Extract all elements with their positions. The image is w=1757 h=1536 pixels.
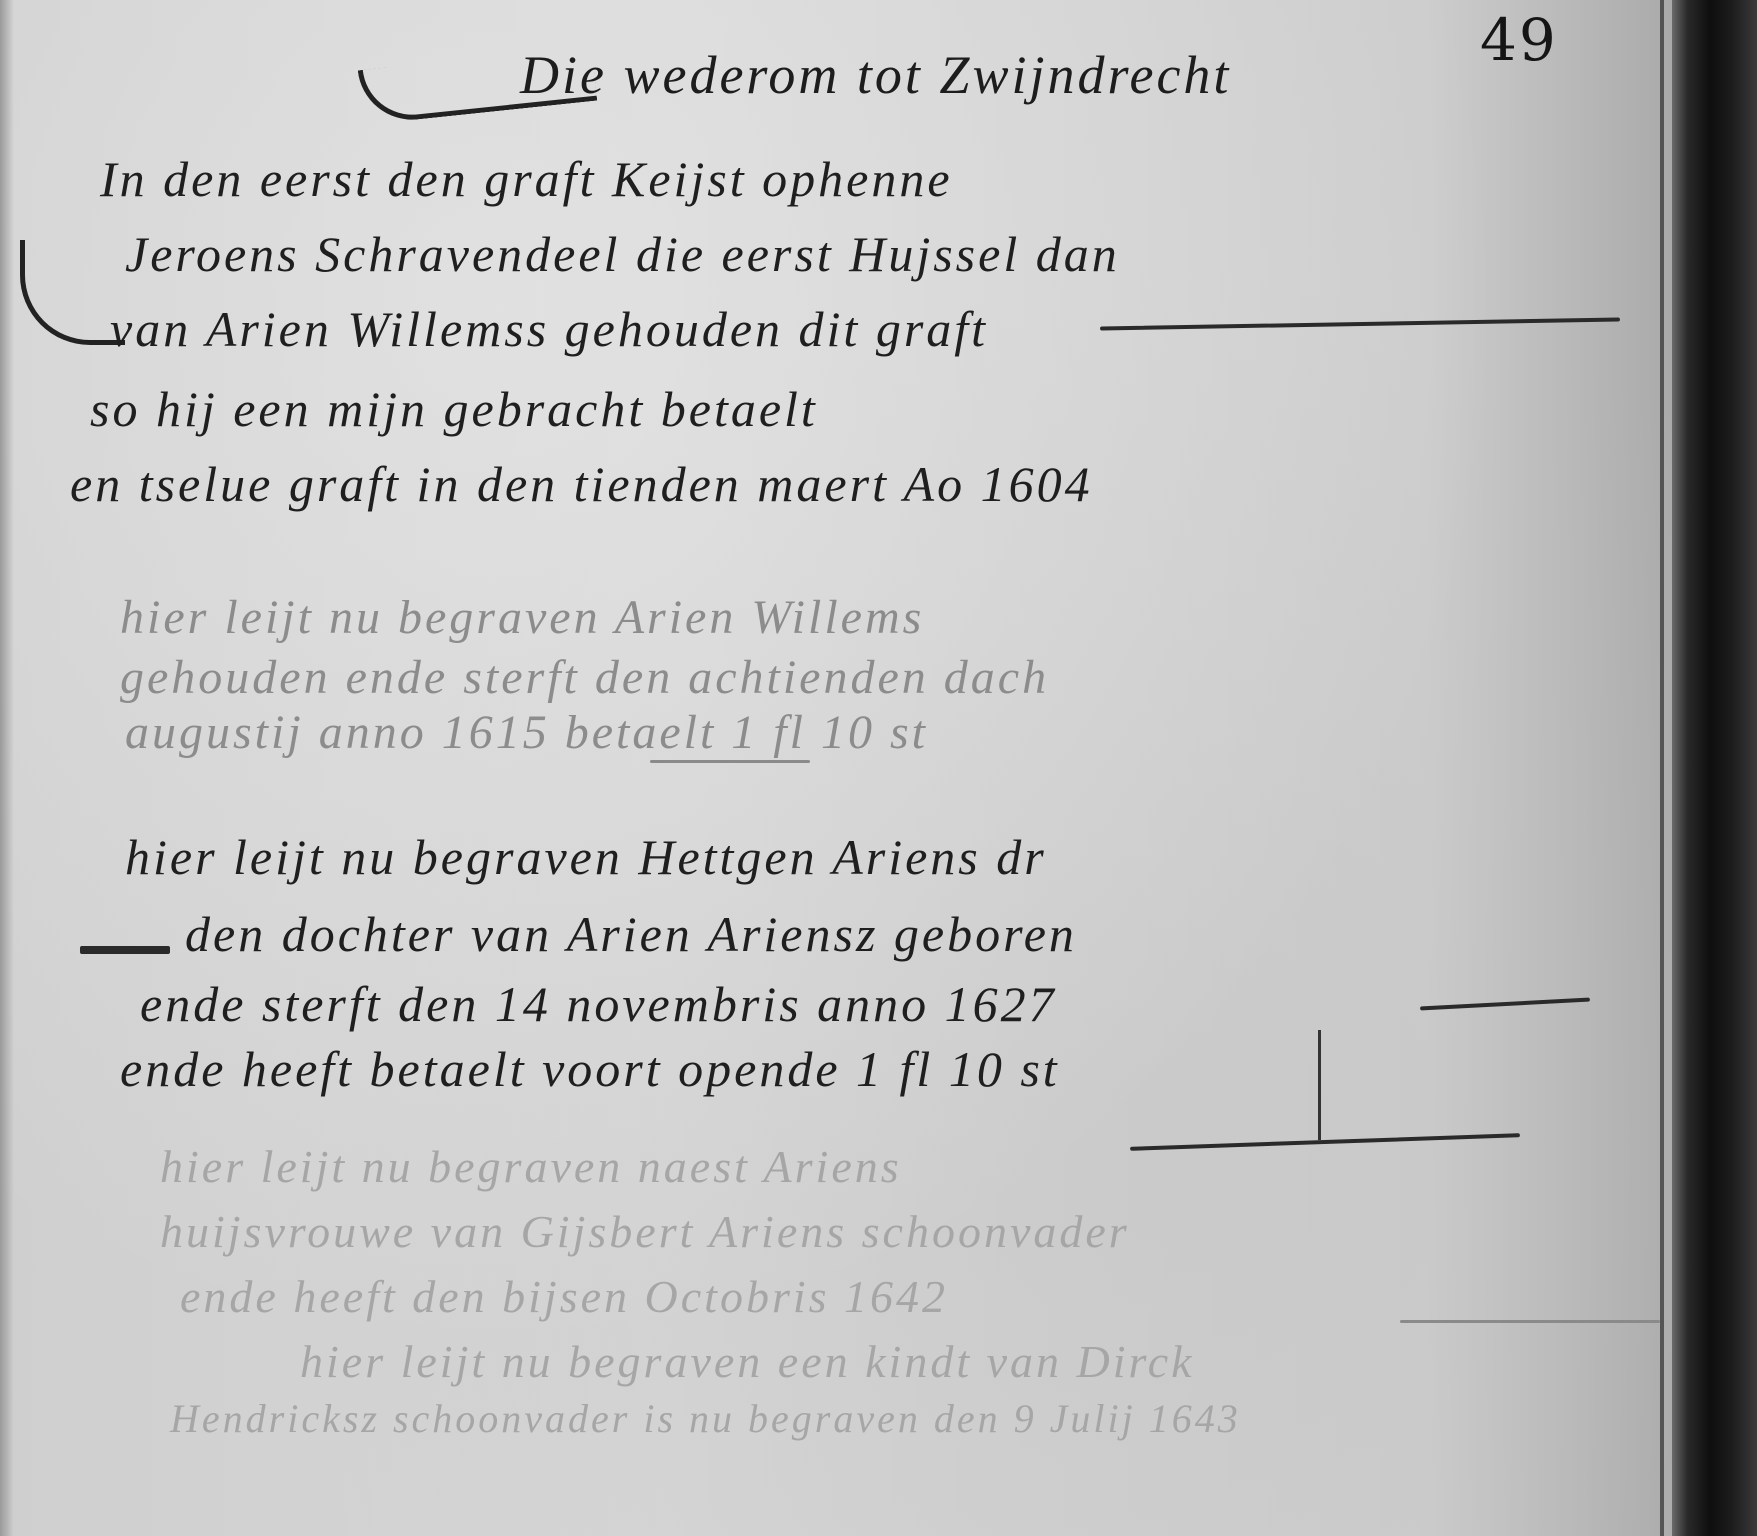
entry-line: en tselue graft in den tienden maert Ao … <box>70 455 1093 513</box>
entry-line: hier leijt nu begraven Hettgen Ariens dr <box>125 828 1047 886</box>
entry-line: hier leijt nu begraven een kindt van Dir… <box>300 1335 1195 1388</box>
amount-rule <box>1130 1133 1520 1151</box>
book-binding-gutter <box>1672 0 1757 1536</box>
entry-line: den dochter van Arien Ariensz geboren <box>185 905 1077 963</box>
entry-line: hier leijt nu begraven Arien Willems <box>120 590 924 645</box>
entry-line: ende heeft betaelt voort opende 1 fl 10 … <box>120 1040 1060 1098</box>
entry-line: so hij een mijn gebracht betaelt <box>90 380 818 438</box>
underline <box>650 760 810 763</box>
entry-line: Hendricksz schoonvader is nu begraven de… <box>170 1395 1241 1442</box>
page-edge-line <box>1660 0 1664 1536</box>
margin-dash <box>80 946 170 954</box>
entry-line: van Arien Willemss gehouden dit graft <box>110 300 988 358</box>
entry-line: huijsvrouwe van Gijsbert Ariens schoonva… <box>160 1205 1130 1258</box>
divider-rule <box>1400 1320 1660 1323</box>
year-underline <box>1420 998 1590 1011</box>
page-number: 49 <box>1480 6 1558 74</box>
register-page: 49 Die wederom tot Zwijndrecht In den ee… <box>0 0 1680 1536</box>
amount-bracket <box>1318 1030 1321 1140</box>
entry-line: Jeroens Schravendeel die eerst Hujssel d… <box>125 225 1120 283</box>
heading: Die wederom tot Zwijndrecht <box>520 44 1231 106</box>
entry-line: ende heeft den bijsen Octobris 1642 <box>180 1270 948 1323</box>
entry-line: hier leijt nu begraven naest Ariens <box>160 1140 902 1193</box>
entry-line: In den eerst den graft Keijst ophenne <box>100 150 953 208</box>
strike-rule <box>1100 317 1620 330</box>
page-left-edge <box>0 0 14 1536</box>
entry-line: gehouden ende sterft den achtienden dach <box>120 650 1049 705</box>
entry-line: ende sterft den 14 novembris anno 1627 <box>140 975 1057 1033</box>
entry-line: augustij anno 1615 betaelt 1 fl 10 st <box>125 705 928 760</box>
